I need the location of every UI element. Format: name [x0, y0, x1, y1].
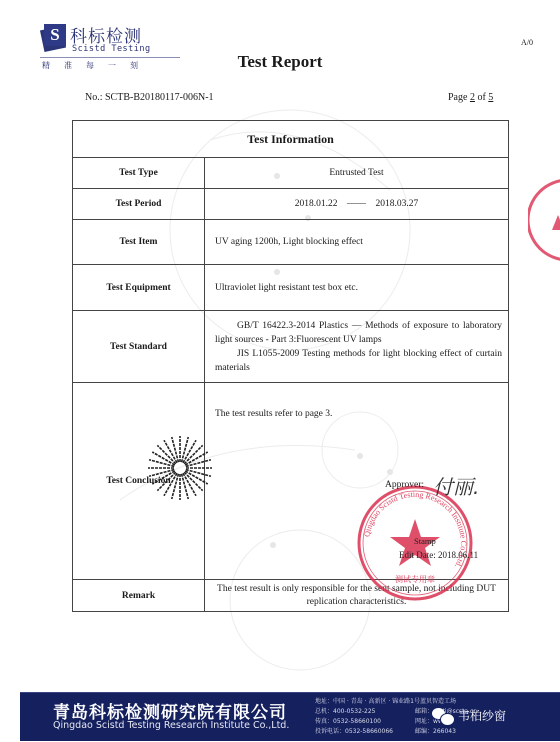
test-type-label: Test Type [73, 158, 205, 189]
test-conclusion-value: The test results refer to page 3. Qingda… [205, 383, 509, 580]
test-equipment-value: Ultraviolet light resistant test box etc… [205, 265, 509, 311]
test-item-label: Test Item [73, 220, 205, 265]
approver-label: Approver: [385, 480, 424, 490]
standard-line-1: GB/T 16422.3-2014 Plastics — Methods of … [215, 319, 508, 347]
footer-company-en: Qingdao Scistd Testing Research Institut… [53, 720, 289, 731]
conclusion-text: The test results refer to page 3. [215, 409, 332, 419]
wechat-watermark: 韦柏纱窗 [432, 707, 506, 724]
table-row: Test Equipment Ultraviolet light resista… [73, 265, 509, 311]
test-period-label: Test Period [73, 189, 205, 220]
table-row: Test Standard GB/T 16422.3-2014 Plastics… [73, 311, 509, 383]
approver-signature: 付丽. [433, 471, 479, 500]
svg-text:测试专用章: 测试专用章 [395, 574, 435, 584]
edge-stamp-icon [528, 160, 560, 280]
stamp-label: Stamp [414, 536, 436, 546]
logo-letter: S [44, 24, 66, 46]
standard-line-2: JIS L1055-2009 Testing methods for light… [215, 347, 508, 375]
version-label: A/0 [521, 38, 533, 47]
footer-address: 地址：中国 · 青岛 · 高新区 · 锦业路1号蓝贝智造工场 [315, 697, 456, 707]
footer-banner: 青岛科标检测研究院有限公司 Qingdao Scistd Testing Res… [20, 692, 560, 741]
test-standard-label: Test Standard [73, 311, 205, 383]
table-heading: Test Information [73, 121, 509, 158]
report-title: Test Report [0, 52, 560, 72]
test-type-value: Entrusted Test [205, 158, 509, 189]
seal-emblem-icon [145, 433, 215, 503]
wechat-icon [432, 708, 454, 724]
table-row: Test Item UV aging 1200h, Light blocking… [73, 220, 509, 265]
report-number: No.: SCTB-B20180117-006N-1 [85, 92, 214, 103]
page-total: 5 [488, 92, 493, 103]
page-prefix: Page [448, 92, 470, 103]
page-indicator: Page 2 of 5 [448, 92, 493, 103]
table-row: Test Type Entrusted Test [73, 158, 509, 189]
footer-postcode: 邮编：266043 [415, 727, 477, 737]
table-row: Test Conclusion The test results refer t… [73, 383, 509, 580]
test-standard-value: GB/T 16422.3-2014 Plastics — Methods of … [205, 311, 509, 383]
remark-label: Remark [73, 580, 205, 612]
table-row: Test Period 2018.01.22 —— 2018.03.27 [73, 189, 509, 220]
test-equipment-label: Test Equipment [73, 265, 205, 311]
page-of: of [475, 92, 488, 103]
wechat-account-name: 韦柏纱窗 [458, 707, 506, 724]
test-information-table: Test Information Test Type Entrusted Tes… [72, 120, 509, 612]
edit-date: Edit Date: 2018.06.11 [399, 550, 478, 560]
test-item-value: UV aging 1200h, Light blocking effect [205, 220, 509, 265]
test-period-value: 2018.01.22 —— 2018.03.27 [205, 189, 509, 220]
